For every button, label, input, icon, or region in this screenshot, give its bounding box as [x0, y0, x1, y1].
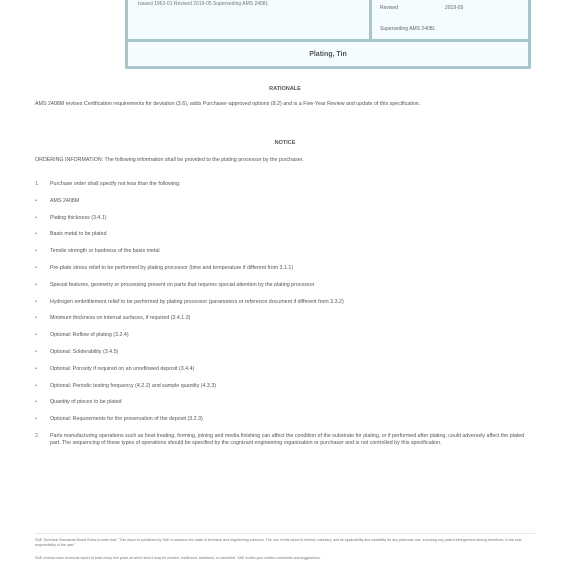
- superseding-field: Superseding AMS 2408L: [380, 26, 435, 32]
- list-item: •Minimum thickness on internal surfaces,…: [35, 315, 535, 322]
- list-item-text: Optional: Periodic testing frequency (4.…: [50, 383, 216, 389]
- ordering-list: 1.Purchase order shall specify not less …: [35, 181, 535, 457]
- title-box: Issued 1962-01 Revised 2019-05 Supersedi…: [125, 0, 531, 69]
- list-item: •Optional: Periodic testing frequency (4…: [35, 383, 535, 390]
- list-item: •Quantity of pieces to be plated: [35, 399, 535, 406]
- rationale-heading: RATIONALE: [0, 86, 570, 92]
- list-item-text: Purchase order shall specify not less th…: [50, 181, 180, 187]
- list-item-text: Special features, geometry or processing…: [50, 282, 314, 288]
- list-marker: •: [35, 366, 37, 373]
- list-item: •Optional: Reflow of plating (3.2.4): [35, 332, 535, 339]
- revised-field: Revised 2019-05: [380, 5, 398, 11]
- list-item: 1.Purchase order shall specify not less …: [35, 181, 535, 188]
- list-item-text: Optional: Reflow of plating (3.2.4): [50, 332, 129, 338]
- list-marker: •: [35, 399, 37, 406]
- list-item-text: Parts manufacturing operations such as h…: [50, 433, 524, 446]
- list-item-text: Quantity of pieces to be plated: [50, 399, 122, 405]
- list-marker: 1.: [35, 181, 39, 188]
- list-marker: •: [35, 215, 37, 222]
- list-item: •Basis metal to be plated: [35, 231, 535, 238]
- list-item-text: Plating thickness (3.4.1): [50, 215, 107, 221]
- list-item-text: Minimum thickness on internal surfaces, …: [50, 315, 190, 321]
- footer-divider: [35, 533, 535, 534]
- list-item: •AMS 2408M: [35, 198, 535, 205]
- list-marker: •: [35, 332, 37, 339]
- notice-heading: NOTICE: [0, 140, 570, 146]
- title-box-left: Issued 1962-01 Revised 2019-05 Supersedi…: [128, 0, 372, 39]
- list-item-text: Hydrogen embrittlement relief to be perf…: [50, 299, 344, 305]
- list-marker: •: [35, 349, 37, 356]
- list-item: •Plating thickness (3.4.1): [35, 215, 535, 222]
- list-item: •Optional: Solderability (3.4.5): [35, 349, 535, 356]
- list-item: •Optional: Requirements for the preserva…: [35, 416, 535, 423]
- list-marker: •: [35, 231, 37, 238]
- list-item-text: Basis metal to be plated: [50, 231, 107, 237]
- list-item: •Hydrogen embrittlement relief to be per…: [35, 299, 535, 306]
- list-item-text: Tensile strength or hardness of the basi…: [50, 248, 160, 254]
- notice-text: ORDERING INFORMATION: The following info…: [35, 157, 535, 164]
- issue-info: Issued 1962-01 Revised 2019-05 Supersedi…: [138, 1, 268, 7]
- title-box-right: Revised 2019-05 Superseding AMS 2408L: [372, 0, 528, 39]
- list-item-text: Optional: Porosity if required on an unr…: [50, 366, 194, 372]
- list-marker: •: [35, 198, 37, 205]
- list-marker: •: [35, 315, 37, 322]
- list-item: •Pre-plate stress relief to be performed…: [35, 265, 535, 272]
- list-marker: •: [35, 248, 37, 255]
- list-item: •Special features, geometry or processin…: [35, 282, 535, 289]
- list-item-text: Optional: Requirements for the preservat…: [50, 416, 203, 422]
- list-marker: •: [35, 416, 37, 423]
- list-item-text: Pre-plate stress relief to be performed …: [50, 265, 293, 271]
- list-marker: 2.: [35, 433, 39, 440]
- list-marker: •: [35, 383, 37, 390]
- list-marker: •: [35, 265, 37, 272]
- list-item-text: Optional: Solderability (3.4.5): [50, 349, 118, 355]
- rationale-text: AMS 2408M revises Certification requirem…: [35, 101, 535, 108]
- list-item: •Optional: Porosity if required on an un…: [35, 366, 535, 373]
- list-marker: •: [35, 282, 37, 289]
- list-marker: •: [35, 299, 37, 306]
- footer-line-1: SAE Technical Standards Board Rules prov…: [35, 538, 535, 548]
- title-row: Plating, Tin: [128, 42, 528, 66]
- document-title: Plating, Tin: [309, 51, 347, 58]
- list-item: 2.Parts manufacturing operations such as…: [35, 433, 535, 447]
- footer-line-2: SAE reviews each technical report at lea…: [35, 556, 535, 561]
- list-item: •Tensile strength or hardness of the bas…: [35, 248, 535, 255]
- list-item-text: AMS 2408M: [50, 198, 79, 204]
